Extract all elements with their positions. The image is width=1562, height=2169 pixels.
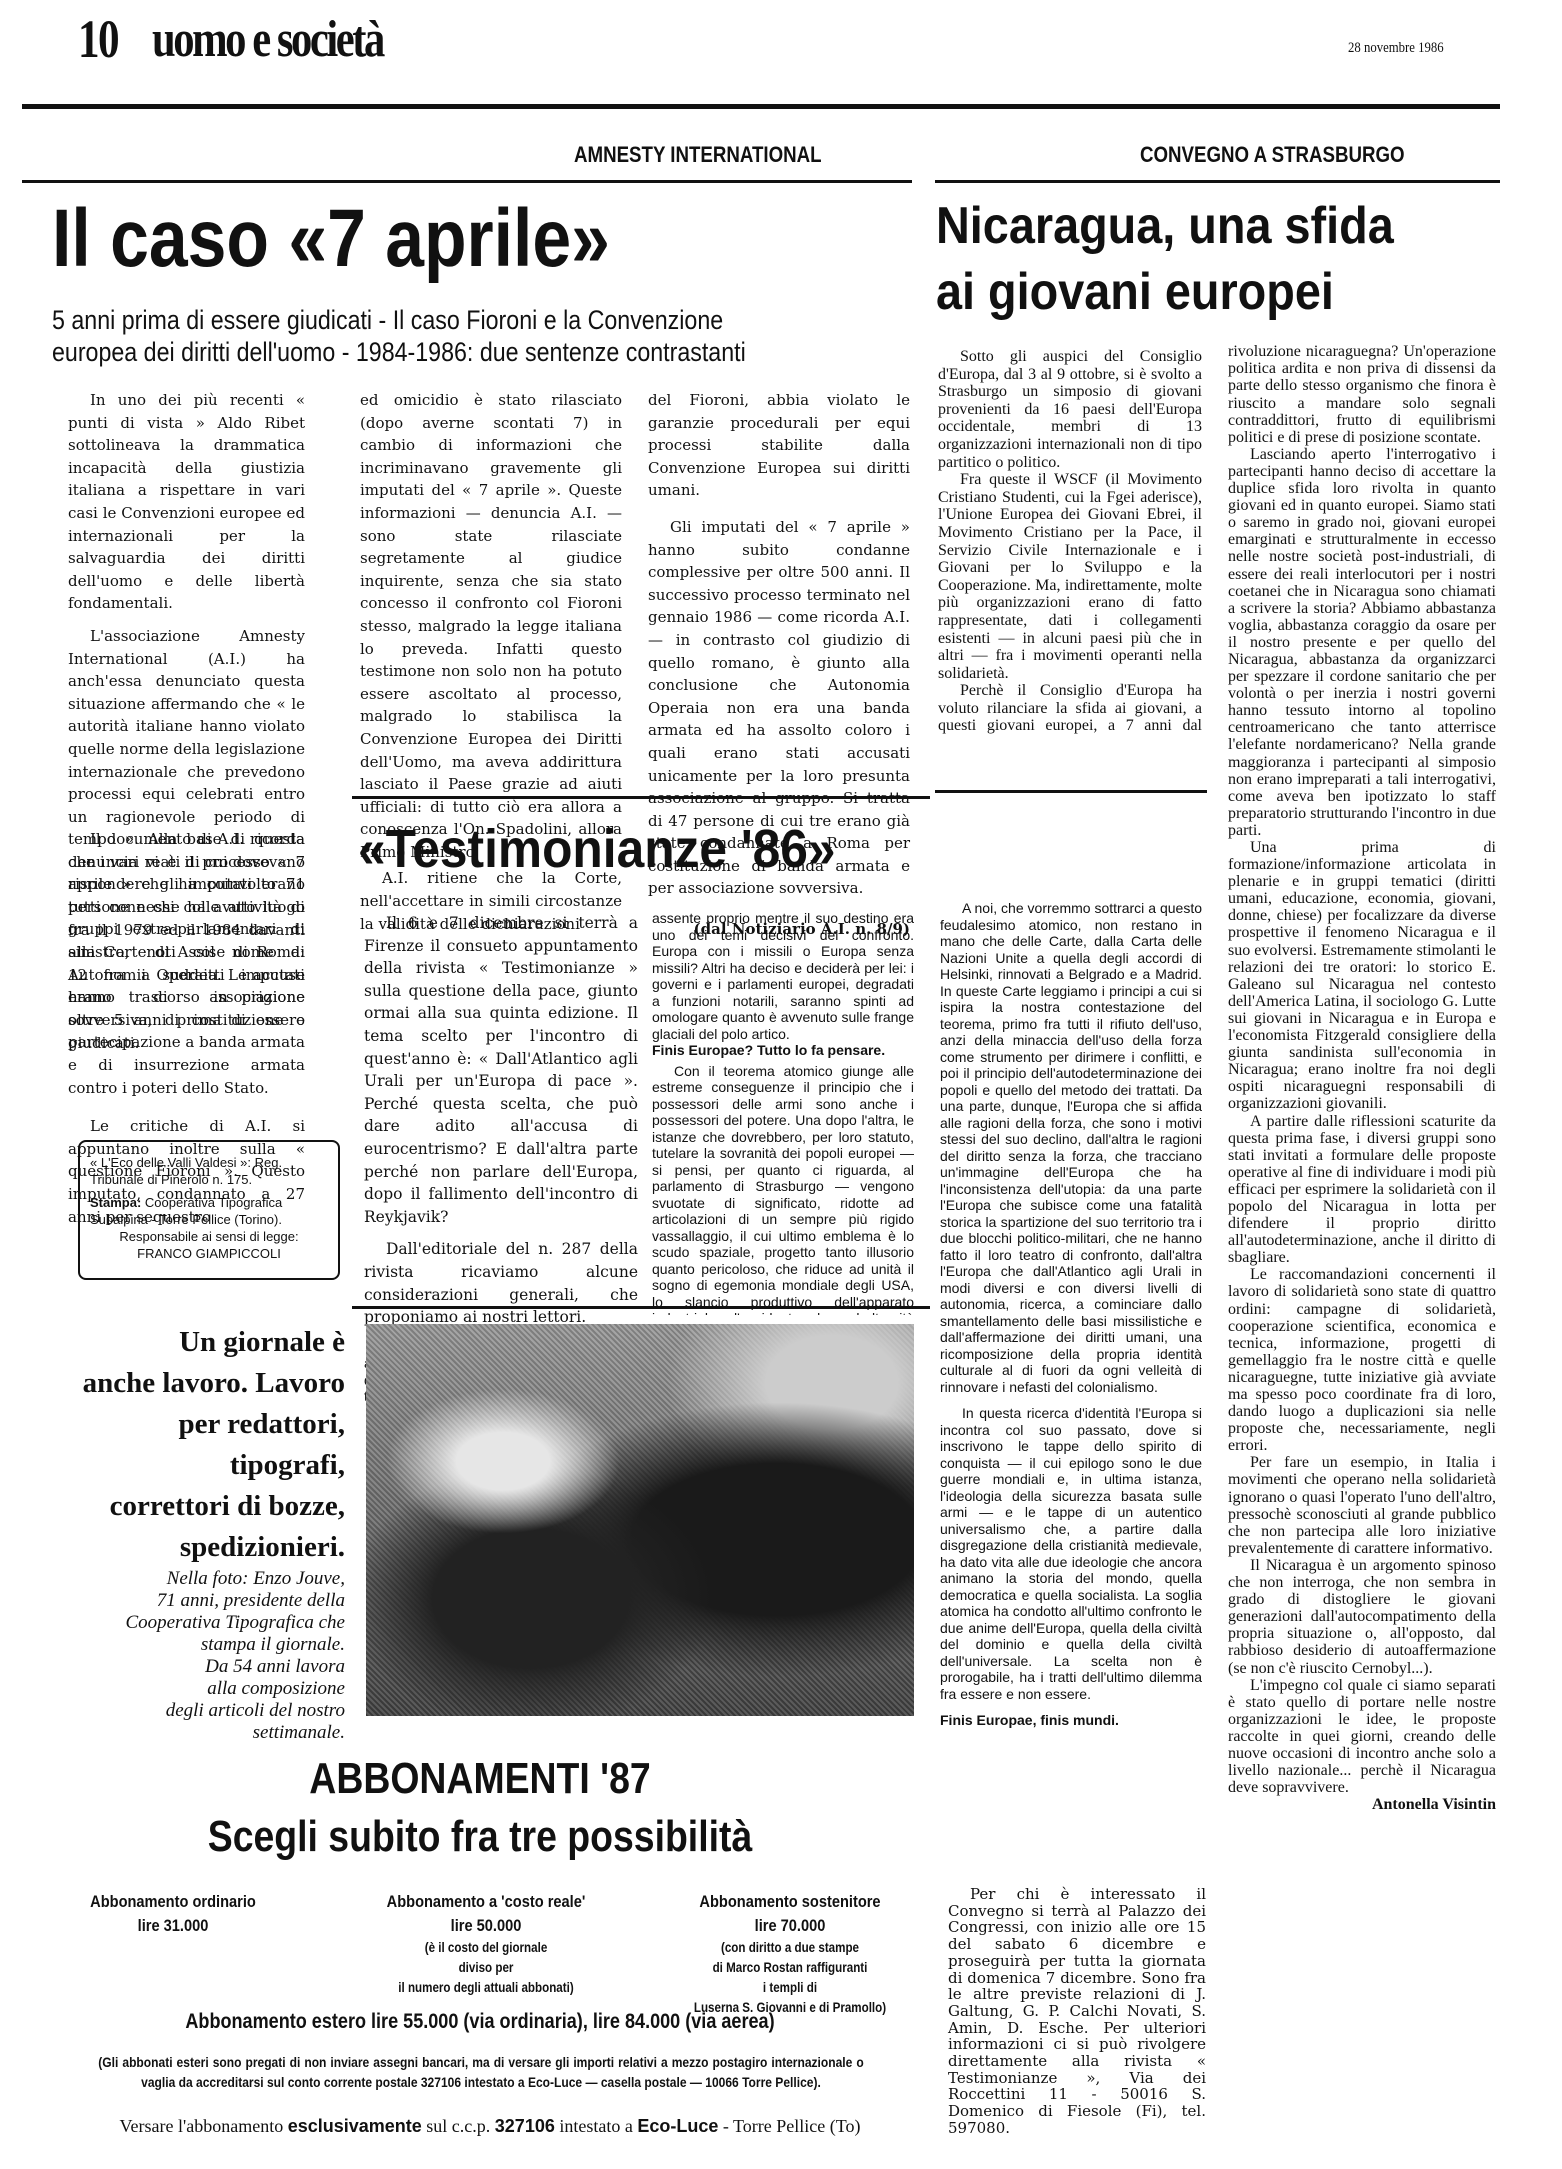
headline-testimonianze: «Testimonianze '86»	[358, 818, 836, 880]
paragraph: Per chi è interessato il Convegno si ter…	[948, 1886, 1206, 2137]
caption-line: Da 54 anni lavora	[60, 1656, 345, 1678]
caption-line: stampa il giornale.	[60, 1634, 345, 1656]
kicker-amnesty: AMNESTY INTERNATIONAL	[574, 142, 822, 168]
page-number: 10	[78, 8, 118, 70]
deck-line-2: europea dei diritti dell'uomo - 1984-198…	[52, 336, 746, 368]
option-note: i templi di	[678, 1978, 902, 1998]
section-rule-left	[22, 180, 912, 183]
foreign-subscription: Abbonamento estero lire 55.000 (via ordi…	[102, 2010, 859, 2034]
promo-line: per redattori,	[80, 1404, 345, 1445]
registration: « L'Eco delle Valli Valdesi »: Reg. Trib…	[90, 1154, 328, 1188]
promo-line: spedizionieri.	[80, 1527, 345, 1568]
caption-line: settimanale.	[60, 1722, 345, 1744]
testimonianze-col-2: Ancora una volta l'Europa è stata assent…	[652, 910, 914, 1315]
nicaragua-col-1: Sotto gli auspici del Consiglio d'Europa…	[938, 348, 1202, 734]
promo-line: Un giornale è	[80, 1322, 345, 1363]
option-sostenitore: Abbonamento sostenitore lire 70.000 (con…	[678, 1890, 902, 2018]
nicaragua-col-2: Perchè il Consiglio d'Europa ha voluto r…	[1228, 344, 1496, 2104]
paragraph: A partire dalle riflessioni scaturite da…	[1228, 1113, 1496, 1267]
testimonianze-col-3: A noi, che vorremmo sottrarci a questo f…	[940, 900, 1202, 1820]
headline-nicaragua-line-2: ai giovani europei	[936, 262, 1334, 322]
option-name: Abbonamento ordinario	[74, 1890, 272, 1914]
option-name: Abbonamento a 'costo reale'	[374, 1890, 598, 1914]
paragraph: Il 6 e 7 dicembre si terrà a Firenze il …	[364, 912, 638, 1228]
promo-line: anche lavoro. Lavoro	[80, 1363, 345, 1404]
issue-date: 28 novembre 1986	[1348, 40, 1444, 57]
caption-line: alla composizione	[60, 1678, 345, 1700]
option-price: lire 31.000	[74, 1914, 272, 1938]
promo-text: Un giornale è anche lavoro. Lavoro per r…	[80, 1322, 345, 1568]
ad-subtitle: Scegli subito fra tre possibilità	[106, 1812, 854, 1862]
paragraph: Perchè il Consiglio d'Europa ha voluto r…	[1228, 344, 1496, 446]
rule-under-testimonianze	[352, 1306, 930, 1309]
paragraph: Sotto gli auspici del Consiglio d'Europa…	[938, 348, 1202, 471]
paragraph: L'impegno col quale ci siamo separati è …	[1228, 1677, 1496, 1797]
photo-caption: Nella foto: Enzo Jouve, 71 anni, preside…	[60, 1568, 345, 1744]
deck-line-1: 5 anni prima di essere giudicati - Il ca…	[52, 304, 723, 336]
testimonianze-closing: Per chi è interessato il Convegno si ter…	[948, 1886, 1206, 2147]
caption-line: 71 anni, presidente della	[60, 1590, 345, 1612]
promo-line: correttori di bozze,	[80, 1486, 345, 1527]
paragraph: Una prima di formazione/informazione art…	[1228, 839, 1496, 1113]
rule-under-caso	[352, 796, 930, 799]
caption-line: Cooperativa Tipografica che	[60, 1612, 345, 1634]
paragraph: A noi, che vorremmo sottrarci a questo f…	[940, 900, 1202, 1395]
option-note: (con diritto a due stampe	[678, 1938, 902, 1958]
option-note: il numero degli attuali abbonati)	[374, 1978, 598, 1998]
option-note: di Marco Rostan raffiguranti	[678, 1958, 902, 1978]
paragraph: Il documento di A.I. ricorda che i vari …	[68, 828, 305, 1099]
option-ordinario: Abbonamento ordinario lire 31.000	[74, 1890, 272, 1938]
rule-under-nicaragua-col-1	[935, 790, 1207, 793]
foreign-note: (Gli abbonati esteri sono pregati di non…	[98, 2052, 863, 2092]
option-note: (è il costo del giornale	[374, 1938, 598, 1958]
paragraph: In questa ricerca d'identità l'Europa si…	[940, 1405, 1202, 1702]
printer-line: Stampa: Cooperativa Tipografica Subalpin…	[90, 1194, 328, 1228]
author-byline: Antonella Visintin	[1228, 1796, 1496, 1813]
headline-caso-7-aprile: Il caso «7 aprile»	[52, 192, 610, 286]
option-note: diviso per	[374, 1958, 598, 1978]
paragraph: In uno dei più recenti « punti di vista …	[68, 389, 305, 615]
ad-title: ABBONAMENTI '87	[106, 1754, 854, 1804]
imprint-box: « L'Eco delle Valli Valdesi »: Reg. Trib…	[78, 1140, 340, 1280]
paragraph: ed omicidio è stato rilasciato (dopo ave…	[360, 389, 622, 863]
option-price: lire 50.000	[374, 1914, 598, 1938]
option-name: Abbonamento sostenitore	[678, 1890, 902, 1914]
caption-line: degli articoli del nostro	[60, 1700, 345, 1722]
responsabile-label: Responsabile ai sensi di legge:	[90, 1228, 328, 1245]
paragraph: Le raccomandazioni concernenti il lavoro…	[1228, 1266, 1496, 1454]
option-costo-reale: Abbonamento a 'costo reale' lire 50.000 …	[374, 1890, 598, 1998]
option-price: lire 70.000	[678, 1914, 902, 1938]
caption-line: Nella foto: Enzo Jouve,	[60, 1568, 345, 1590]
finis-europae: Finis Europae? Tutto lo fa pensare.	[652, 1042, 914, 1059]
paragraph: Con il teorema atomico giunge alle estre…	[652, 1063, 914, 1316]
finis-mundi: Finis Europae, finis mundi.	[940, 1712, 1202, 1729]
section-title: uomo e società	[152, 10, 383, 69]
paragraph: Dall'editoriale del n. 287 della rivista…	[364, 1238, 638, 1328]
kicker-convegno: CONVEGNO A STRASBURGO	[1140, 142, 1405, 168]
photo-typesetter	[366, 1324, 914, 1716]
paragraph: Lasciando aperto l'interrogativo i parte…	[1228, 446, 1496, 839]
headline-nicaragua-line-1: Nicaragua, una sfida	[936, 196, 1394, 256]
section-rule-right	[935, 180, 1500, 183]
paragraph: del Fioroni, abbia violato le garanzie p…	[648, 389, 910, 502]
promo-line: tipografi,	[80, 1445, 345, 1486]
masthead-rule	[22, 104, 1500, 109]
paragraph: Per fare un esempio, in Italia i movimen…	[1228, 1454, 1496, 1557]
paragraph: Il Nicaragua è un argomento spinoso che …	[1228, 1557, 1496, 1677]
paragraph: Ancora una volta l'Europa è stata assent…	[652, 910, 914, 1042]
paragraph: Perchè il Consiglio d'Europa ha voluto r…	[938, 682, 1202, 734]
responsabile-name: FRANCO GIAMPICCOLI	[90, 1245, 328, 1262]
paragraph: Fra queste il WSCF (il Movimento Cristia…	[938, 471, 1202, 682]
payment-instructions: Versare l'abbonamento esclusivamente sul…	[50, 2116, 930, 2137]
